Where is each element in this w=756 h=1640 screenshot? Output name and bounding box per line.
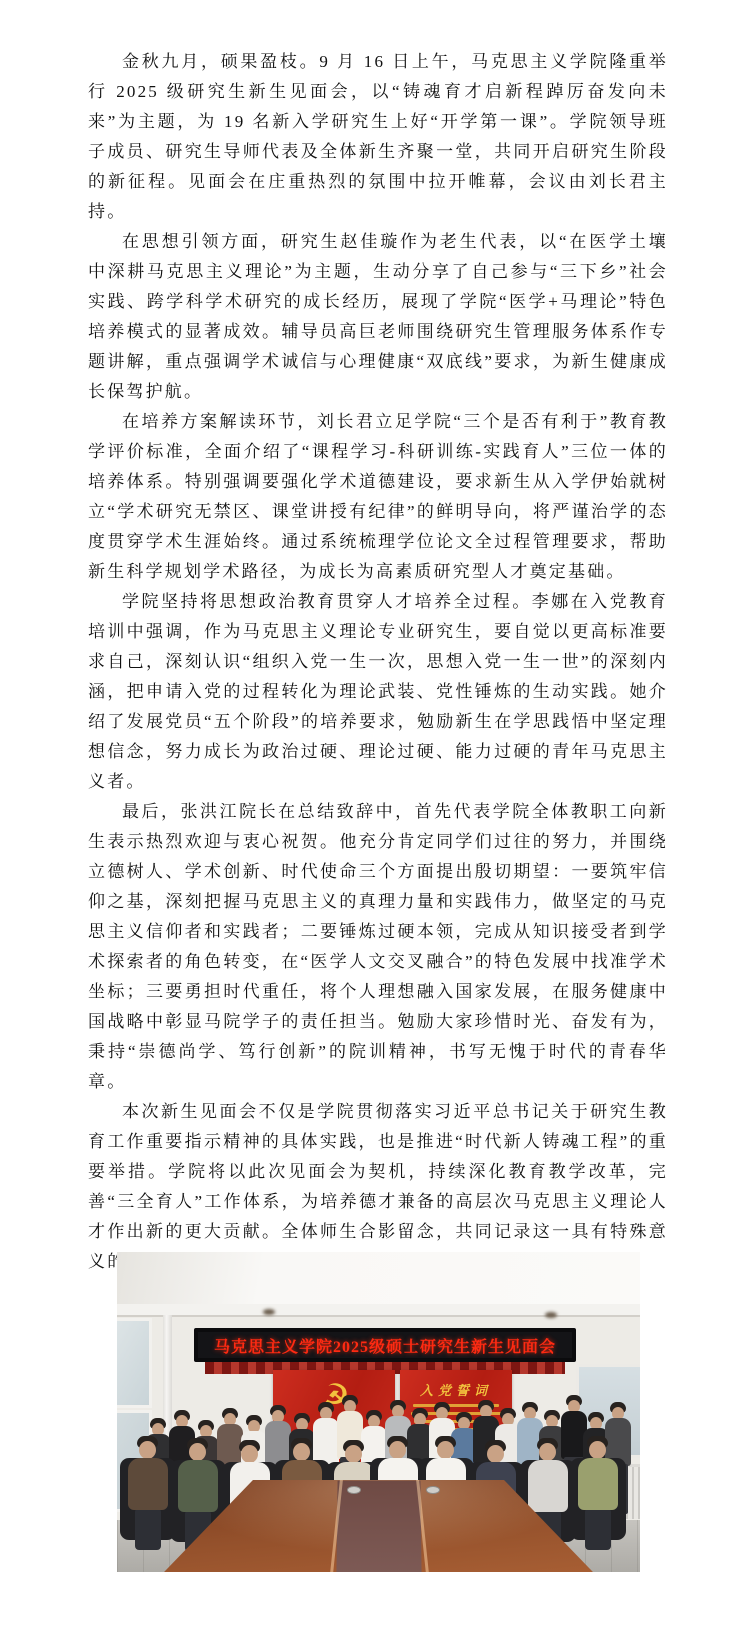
article-paragraph: 金秋九月，硕果盈枝。9 月 16 日上午，马克思主义学院隆重举行 2025 级研… xyxy=(88,47,668,227)
cable-grommet xyxy=(347,1486,361,1494)
person-head xyxy=(241,1445,258,1463)
article-body: 金秋九月，硕果盈枝。9 月 16 日上午，马克思主义学院隆重举行 2025 级研… xyxy=(88,47,668,1277)
table-center-runner xyxy=(336,1481,421,1572)
person-head xyxy=(589,1441,606,1459)
person-head xyxy=(389,1441,406,1459)
person-head xyxy=(539,1443,556,1461)
article-paragraph: 本次新生见面会不仅是学院贯彻落实习近平总书记关于研究生教育工作重要指示精神的具体… xyxy=(88,1097,668,1277)
article-paragraph: 最后，张洪江院长在总结致辞中，首先代表学院全体教职工向新生表示热烈欢迎与衷心祝贺… xyxy=(88,797,668,1097)
person-legs xyxy=(585,1508,611,1550)
person-torso xyxy=(578,1458,618,1510)
person-head xyxy=(189,1443,206,1461)
person-head xyxy=(345,1445,362,1463)
document-page: 金秋九月，硕果盈枝。9 月 16 日上午，马克思主义学院隆重举行 2025 级研… xyxy=(0,0,756,1640)
group-photo: 马克思主义学院2025级硕士研究生新生见面会 ☭ 入党誓词 xyxy=(117,1252,640,1572)
person-torso xyxy=(313,1418,339,1466)
person-head xyxy=(139,1441,156,1459)
article-paragraph: 在培养方案解读环节，刘长君立足学院“三个是否有利于”教育教学评价标准，全面介绍了… xyxy=(88,407,668,587)
cable-grommet xyxy=(426,1486,440,1494)
article-paragraph: 在思想引领方面，研究生赵佳璇作为老生代表，以“在医学土壤中深耕马克思主义理论”为… xyxy=(88,227,668,407)
person-head xyxy=(293,1443,310,1461)
person-torso xyxy=(178,1460,218,1512)
person-head xyxy=(487,1445,504,1463)
person-torso xyxy=(128,1458,168,1510)
person-head xyxy=(437,1441,454,1459)
article-paragraph: 学院坚持将思想政治教育贯穿人才培养全过程。李娜在入党教育培训中强调，作为马克思主… xyxy=(88,587,668,797)
person-torso xyxy=(528,1460,568,1512)
person-legs xyxy=(135,1508,161,1550)
